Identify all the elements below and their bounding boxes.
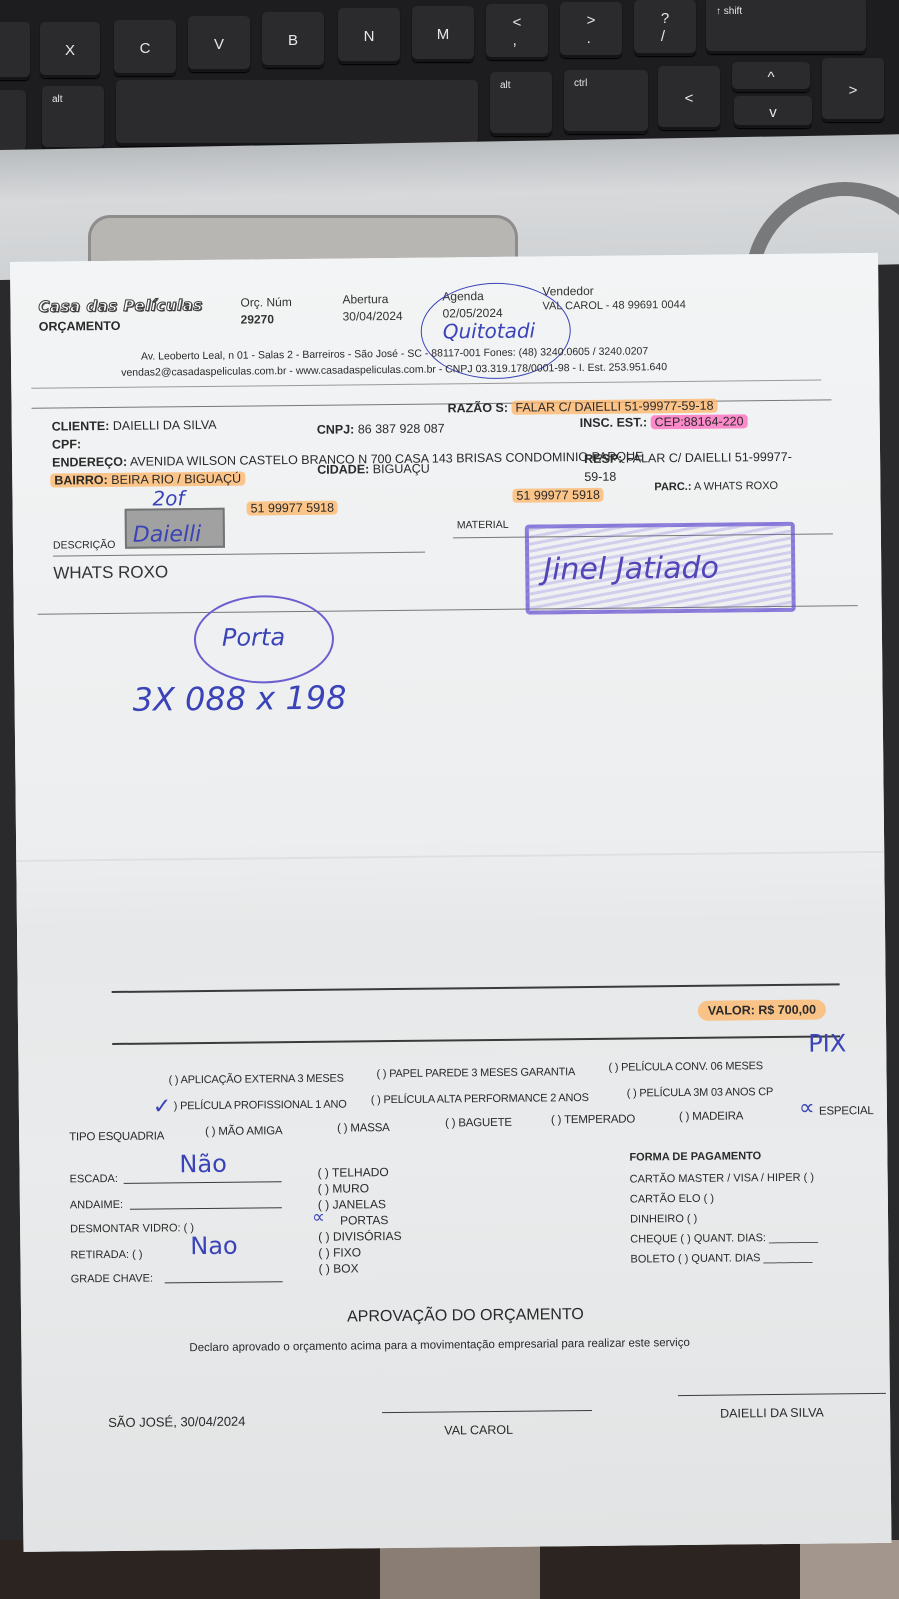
key-v: V [188,16,250,72]
place-date: SÃO JOSÉ, 30/04/2024 [108,1414,245,1430]
payment-method-label: CARTÃO MASTER / VISA / HIPER [630,1172,804,1186]
resp-field: RESP: FALAR C/ DAIELLI 51-99977- [584,450,792,466]
key-m: M [412,6,474,62]
empty-box-icon: ( ) [318,1182,333,1196]
resp-field-cont: 59-18 [584,470,616,484]
razao-field: RAZÃO S: FALAR C/ DAIELLI 51-99977-59-18 [447,399,717,416]
grade-chave-label: GRADE CHAVE: [71,1273,153,1286]
payment-method[interactable]: BOLETO ( ) QUANT. DIAS ________ [630,1248,818,1270]
key [0,22,30,80]
key-n: N [338,8,400,64]
phone-left: 51 99977 5918 [247,501,339,516]
retirada-value: Nao [190,1232,238,1260]
empty-box-icon: ( ) [318,1262,333,1276]
location-label: TELHADO [332,1165,389,1180]
location-option[interactable]: ( ) BOX [318,1260,402,1277]
insc-field: INSC. EST.: CEP:88164-220 [580,414,748,430]
key-period: > . [560,2,622,58]
key-slash: ? / [634,0,696,56]
key-x: X [40,22,100,78]
payment-method-checkbox[interactable]: ( ) QUANT. DIAS ________ [678,1252,813,1265]
brand-logo: Casa das Películas [38,296,202,316]
tipo-mao-amiga[interactable]: ( ) MÃO AMIGA [205,1125,282,1138]
document-type: ORÇAMENTO [39,319,121,334]
location-option[interactable]: ( ) FIXO [318,1244,402,1261]
escada-line [124,1181,282,1184]
location-option[interactable]: ( ) TELHADO [317,1164,401,1181]
key-shift: ↑ shift [706,0,866,54]
handwritten-dimensions: 3X 088 x 198 [132,679,346,719]
location-label: FIXO [333,1245,361,1259]
key-ctrl: ctrl [564,70,648,134]
abertura-date: 30/04/2024 [343,309,403,324]
cpf-label: CPF: [52,437,81,451]
payment-title: FORMA DE PAGAMENTO [629,1150,761,1163]
desmontar-vidro[interactable]: DESMONTAR VIDRO: ( ) [70,1222,194,1235]
parc-field: PARC.: A WHATS ROXO [654,480,778,493]
location-label: PORTAS [340,1213,388,1228]
empty-box-icon: ( ) [317,1166,332,1180]
location-option[interactable]: ∝PORTAS [318,1212,402,1229]
cidade-field: CIDADE: BIGUAÇU [317,462,430,477]
escada-value[interactable]: Não [179,1150,227,1178]
option-pelicula-3m[interactable]: ( ) PELÍCULA 3M 03 ANOS CP [627,1086,774,1100]
tipo-esquadria-label: TIPO ESQUADRIA [69,1130,164,1143]
handwritten-item: Porta [222,623,285,652]
payment-methods: CARTÃO MASTER / VISA / HIPER ( )CARTÃO E… [630,1168,819,1270]
key-arrow-left: < [658,66,720,130]
checked-box-icon: ∝ [312,1209,332,1225]
valor-total: VALOR: R$ 700,00 [698,999,826,1020]
option-papel-parede[interactable]: ( ) PAPEL PAREDE 3 MESES GARANTIA [376,1066,575,1080]
valor-top-line [112,983,840,992]
payment-note-handwritten: PIX [808,1029,846,1057]
cliente-field: CLIENTE: DAIELLI DA SILVA [52,418,217,434]
orc-label: Orç. Núm [240,295,291,310]
payment-method-checkbox[interactable]: ( ) QUANT. DIAS: ________ [680,1232,818,1245]
phone-right: 51 99977 5918 [512,488,604,503]
option-pelicula-conv[interactable]: ( ) PELÍCULA CONV. 06 MESES [608,1060,762,1074]
client-signature-line[interactable] [678,1393,886,1396]
valor-bottom-line [112,1035,840,1044]
descricao-label: DESCRIÇÃO [53,539,116,552]
tipo-massa[interactable]: ( ) MASSA [337,1122,390,1135]
payment-method[interactable]: CARTÃO ELO ( ) [630,1188,818,1210]
handwritten-code: 2of [152,486,184,510]
location-option[interactable]: ( ) DIVISÓRIAS [318,1228,402,1245]
escada-label: ESCADA: [70,1173,118,1186]
approval-statement: Declaro aprovado o orçamento acima para … [189,1337,690,1354]
approval-title: APROVAÇÃO DO ORÇAMENTO [347,1306,584,1326]
key-arrow-up: ^ [732,62,810,92]
orc-number: 29270 [241,312,275,326]
quote-document: Casa das Películas ORÇAMENTO Orç. Núm 29… [10,253,891,1552]
cnpj-field: CNPJ: 86 387 928 087 [317,421,445,436]
payment-method-label: CHEQUE [630,1233,680,1246]
abertura-label: Abertura [342,292,388,306]
key-space [116,80,478,146]
option-aplicacao[interactable]: ( ) APLICAÇÃO EXTERNA 3 MESES [169,1073,344,1087]
payment-method-label: BOLETO [630,1253,678,1265]
key-arrow-down: v [734,96,812,128]
option-pelicula-alta[interactable]: ( ) PELÍCULA ALTA PERFORMANCE 2 ANOS [371,1092,589,1106]
empty-box-icon: ( ) [318,1246,333,1260]
material-handwritten: Jinel Jatiado [543,551,719,588]
bairro-field: BAIRRO: BEIRA RIO / BIGUAÇÚ [50,472,245,488]
payment-method[interactable]: CHEQUE ( ) QUANT. DIAS: ________ [630,1228,818,1250]
tipo-madeira[interactable]: ( ) MADEIRA [679,1110,743,1123]
tipo-temperado[interactable]: ( ) TEMPERADO [551,1114,635,1127]
empty-box-icon: ( ) [318,1230,333,1244]
seller-signature-label: VAL CAROL [444,1423,513,1438]
client-signature-label: DAIELLI DA SILVA [720,1406,824,1421]
vendedor-label: Vendedor [542,284,594,299]
seller-signature-line[interactable] [382,1410,592,1413]
location-label: BOX [333,1261,358,1275]
location-label: JANELAS [332,1197,386,1212]
company-contact: vendas2@casadaspeliculas.com.br - www.ca… [121,361,667,379]
option-pelicula-profissional[interactable]: ) PELÍCULA PROFISSIONAL 1 ANO [171,1099,347,1113]
payment-method[interactable]: DINHEIRO ( ) [630,1208,818,1230]
check-mark-icon: ∝ [799,1096,815,1121]
divider [31,380,821,389]
descricao-signature: Daielli [133,522,202,548]
grade-chave-line[interactable] [165,1281,283,1283]
payment-method-label: CARTÃO ELO [630,1193,704,1206]
key-b: B [262,12,324,68]
payment-method-checkbox[interactable]: ( ) [804,1172,815,1184]
payment-method-checkbox[interactable]: ( ) [687,1213,698,1225]
paper-fold [16,851,884,862]
andaime-line[interactable] [130,1207,282,1210]
key-alt-left: alt [42,86,104,150]
material-label: MATERIAL [457,519,509,532]
tipo-especial[interactable]: ESPECIAL [819,1105,874,1118]
company-address: Av. Leoberto Leal, n 01 - Salas 2 - Barr… [141,345,648,362]
key-c: C [114,20,176,76]
location-label: DIVISÓRIAS [333,1229,402,1244]
key-arrow-right: > [822,58,884,122]
location-list: ( ) TELHADO( ) MURO( ) JANELAS∝PORTAS( )… [317,1164,402,1277]
key-alt-right: alt [490,72,552,136]
tipo-baguete[interactable]: ( ) BAGUETE [445,1117,512,1130]
payment-method-label: DINHEIRO [630,1213,687,1226]
vendedor-value: VAL CAROL - 48 99691 0044 [542,299,685,312]
andaime-label: ANDAIME: [70,1199,123,1212]
payment-method[interactable]: CARTÃO MASTER / VISA / HIPER ( ) [630,1168,818,1190]
location-option[interactable]: ( ) MURO [318,1180,402,1197]
descricao-line [53,552,425,557]
retirada[interactable]: RETIRADA: ( ) [70,1249,142,1262]
location-label: MURO [332,1181,369,1195]
payment-method-checkbox[interactable]: ( ) [704,1193,715,1205]
key-windows [0,90,26,154]
check-mark-icon: ✓ [153,1094,172,1119]
key-comma: < , [486,4,548,60]
descricao-value: WHATS ROXO [53,562,168,583]
